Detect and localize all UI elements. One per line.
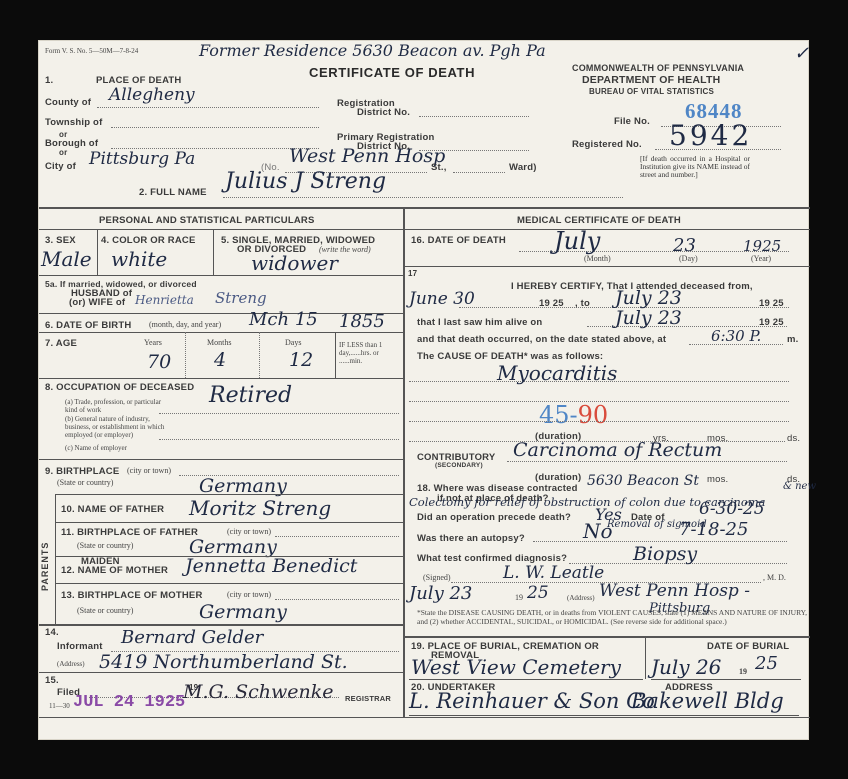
age-label: 7. AGE (45, 338, 77, 349)
age-days-value: 12 (289, 349, 313, 371)
mother-birthplace-label: 13. BIRTHPLACE OF MOTHER (61, 590, 203, 601)
spouse-last-name: Streng (215, 289, 267, 307)
removal-date: 7-18-25 (679, 519, 748, 540)
occupation-value: Retired (209, 383, 292, 408)
burial-date-value: July 26 (651, 655, 721, 679)
signed-year-prefix: 19 (515, 593, 523, 602)
father-name-label: 10. NAME OF FATHER (61, 504, 164, 515)
mother-birthplace-value: Germany (199, 601, 287, 623)
full-name-value: Julius J Streng (225, 169, 386, 194)
father-birthplace-label: 11. BIRTHPLACE OF FATHER (61, 527, 198, 538)
cause-code: 45-90 (539, 401, 608, 429)
sex-label: 3. SEX (45, 235, 76, 246)
test-value: Biopsy (633, 543, 697, 565)
mother-birthplace-city-note: (city or town) (227, 590, 271, 599)
father-birthplace-state-note: (State or country) (77, 541, 133, 550)
borough-label: Borough of (45, 138, 98, 149)
age-months-value: 4 (214, 349, 226, 371)
age-less-note: IF LESS than 1 day,......hrs. or ......m… (339, 341, 397, 365)
age-months-label: Months (207, 338, 231, 347)
agency-bureau: BUREAU OF VITAL STATISTICS (589, 87, 714, 96)
secondary-label: (SECONDARY) (435, 462, 483, 469)
or-label: or (59, 148, 67, 157)
mos-label-2: mos. (707, 474, 728, 485)
contracted-value: 5630 Beacon St (587, 473, 699, 489)
father-name-value: Moritz Streng (189, 496, 331, 520)
file-no-label: File No. (614, 116, 650, 127)
attended-from-value: June 30 (409, 289, 475, 309)
day-caption: (Day) (679, 254, 698, 263)
death-time-suffix: m. (787, 334, 799, 345)
county-label: County of (45, 97, 91, 108)
hospital-note: [If death occurred in a Hospital or Inst… (640, 155, 750, 179)
burial-date-label: DATE OF BURIAL (707, 641, 789, 652)
date-of-death-year: 1925 (743, 237, 781, 255)
last-saw-value: July 23 (615, 307, 682, 329)
death-time-value: 6:30 P. (711, 327, 761, 345)
occupation-b-note: (b) General nature of industry, business… (65, 415, 175, 439)
dob-note: (month, day, and year) (149, 320, 221, 329)
cause-of-death-value: Myocarditis (497, 361, 617, 385)
parents-label: PARENTS (40, 542, 50, 591)
section-number-17: 17 (408, 269, 417, 278)
birthplace-city-note: (city or town) (127, 466, 171, 475)
race-value: white (111, 247, 167, 271)
section-number-15: 15. (45, 675, 59, 686)
township-label: Township of (45, 117, 102, 128)
occupation-c-note: (c) Name of employer (65, 444, 127, 452)
dob-label: 6. DATE OF BIRTH (45, 320, 131, 331)
father-birthplace-city-note: (city or town) (227, 527, 271, 536)
physician-address-label: (Address) (567, 594, 595, 602)
registered-no-label: Registered No. (572, 139, 642, 150)
date-of-death-day: 23 (673, 235, 696, 256)
agency-department: DEPARTMENT OF HEALTH (582, 74, 720, 86)
medical-section-title: MEDICAL CERTIFICATE OF DEATH (517, 215, 681, 226)
certificate-title: CERTIFICATE OF DEATH (309, 65, 475, 80)
occupation-label: 8. OCCUPATION OF DECEASED (45, 382, 194, 393)
physician-address-value: West Penn Hosp - (599, 581, 750, 601)
sex-value: Male (41, 247, 92, 271)
autopsy-label: Was there an autopsy? (417, 533, 525, 544)
registered-no-value: 5942 (669, 119, 752, 152)
informant-label: Informant (57, 641, 103, 652)
race-label: 4. COLOR OR RACE (101, 235, 196, 246)
duration-label-2: (duration) (535, 472, 581, 483)
full-name-label: 2. FULL NAME (139, 187, 207, 198)
informant-address-value: 5419 Northumberland St. (99, 651, 348, 673)
birthplace-state-note: (State or country) (57, 478, 113, 487)
form-number: Form V. S. No. 5—50M—7-8-24 (45, 47, 138, 55)
age-years-label: Years (144, 338, 162, 347)
birthplace-label: 9. BIRTHPLACE (45, 466, 119, 477)
cause-code-red: 90 (578, 401, 609, 429)
contributory-value: Carcinoma of Rectum (513, 439, 722, 461)
check-mark-icon: ✓ (794, 43, 809, 64)
occupation-a-note: (a) Trade, profession, or particular kin… (65, 398, 175, 414)
cause-code-blue: 45- (539, 401, 578, 429)
agency-commonwealth: COMMONWEALTH OF PENNSYLVANIA (572, 63, 744, 73)
ward-label: Ward) (509, 162, 537, 173)
personal-section-title: PERSONAL AND STATISTICAL PARTICULARS (99, 215, 315, 226)
burial-year-prefix: 19 (739, 667, 747, 676)
signed-date: July 23 (409, 583, 472, 604)
md-label: , M. D. (763, 573, 786, 582)
age-years-value: 70 (147, 351, 171, 373)
spouse-first-name: Henrietta (135, 293, 194, 307)
attended-to-year: 19 25 (759, 298, 784, 309)
signed-year: 25 (527, 583, 549, 603)
death-certificate: Form V. S. No. 5—50M—7-8-24 Former Resid… (38, 40, 809, 740)
city-label: City of (45, 161, 76, 172)
street-suffix-label: St., (431, 162, 447, 173)
informant-value: Bernard Gelder (121, 627, 263, 648)
section-number-14: 14. (45, 627, 59, 638)
attended-from-year: 19 25 (539, 298, 564, 309)
city-value: Pittsburg Pa (89, 149, 195, 169)
mother-birthplace-state-note: (State or country) (77, 606, 133, 615)
mother-name-value: Jennetta Benedict (185, 555, 357, 577)
primary-registration-label-2: District No. (357, 141, 410, 152)
signed-value: L. W. Leatle (503, 563, 604, 583)
undertaker-value: L. Reinhauer & Son Co (409, 689, 655, 713)
wife-of-label: (or) WIFE of (69, 297, 125, 308)
filed-prefix: 11—30 (49, 702, 70, 710)
former-residence: Former Residence 5630 Beacon av. Pgh Pa (199, 41, 546, 60)
attended-to-value: July 23 (615, 287, 682, 309)
to-label: , to (575, 298, 590, 309)
mother-name-label: 12. NAME OF MOTHER (61, 565, 168, 576)
operation-date: 6-30-25 (699, 499, 765, 519)
date-of-death-month: July (554, 227, 600, 255)
informant-address-label: (Address) (57, 660, 85, 668)
burial-year: 25 (755, 653, 778, 674)
ds-label: ds. (787, 433, 800, 444)
cause-footnote: *State the DISEASE CAUSING DEATH, or in … (417, 608, 807, 626)
operation-note-2: & new (783, 481, 816, 492)
operation-label: Did an operation precede death? (417, 512, 571, 523)
section-number-1: 1. (45, 75, 53, 86)
filed-date-stamp: JUL 24 1925 (73, 693, 185, 712)
burial-place-value: West View Cemetery (411, 655, 621, 679)
undertaker-address-value: Bakewell Bldg (631, 689, 784, 713)
death-occurred-label: and that death occurred, on the date sta… (417, 334, 666, 345)
registrar-signature: M.G. Schwenke (183, 681, 333, 703)
year-caption: (Year) (751, 254, 771, 263)
registration-district-label-2: District No. (357, 107, 410, 118)
dob-year: 1855 (339, 311, 385, 332)
date-of-death-label: 16. DATE OF DEATH (411, 235, 506, 246)
county-value: Allegheny (109, 85, 195, 105)
registrar-label: REGISTRAR (345, 694, 391, 703)
age-days-label: Days (285, 338, 301, 347)
signed-label: (Signed) (423, 573, 451, 582)
last-saw-year: 19 25 (759, 317, 784, 328)
last-saw-label: that I last saw him alive on (417, 317, 542, 328)
dob-value: Mch 15 (249, 309, 318, 330)
month-caption: (Month) (584, 254, 611, 263)
marital-status-value: widower (251, 251, 338, 275)
